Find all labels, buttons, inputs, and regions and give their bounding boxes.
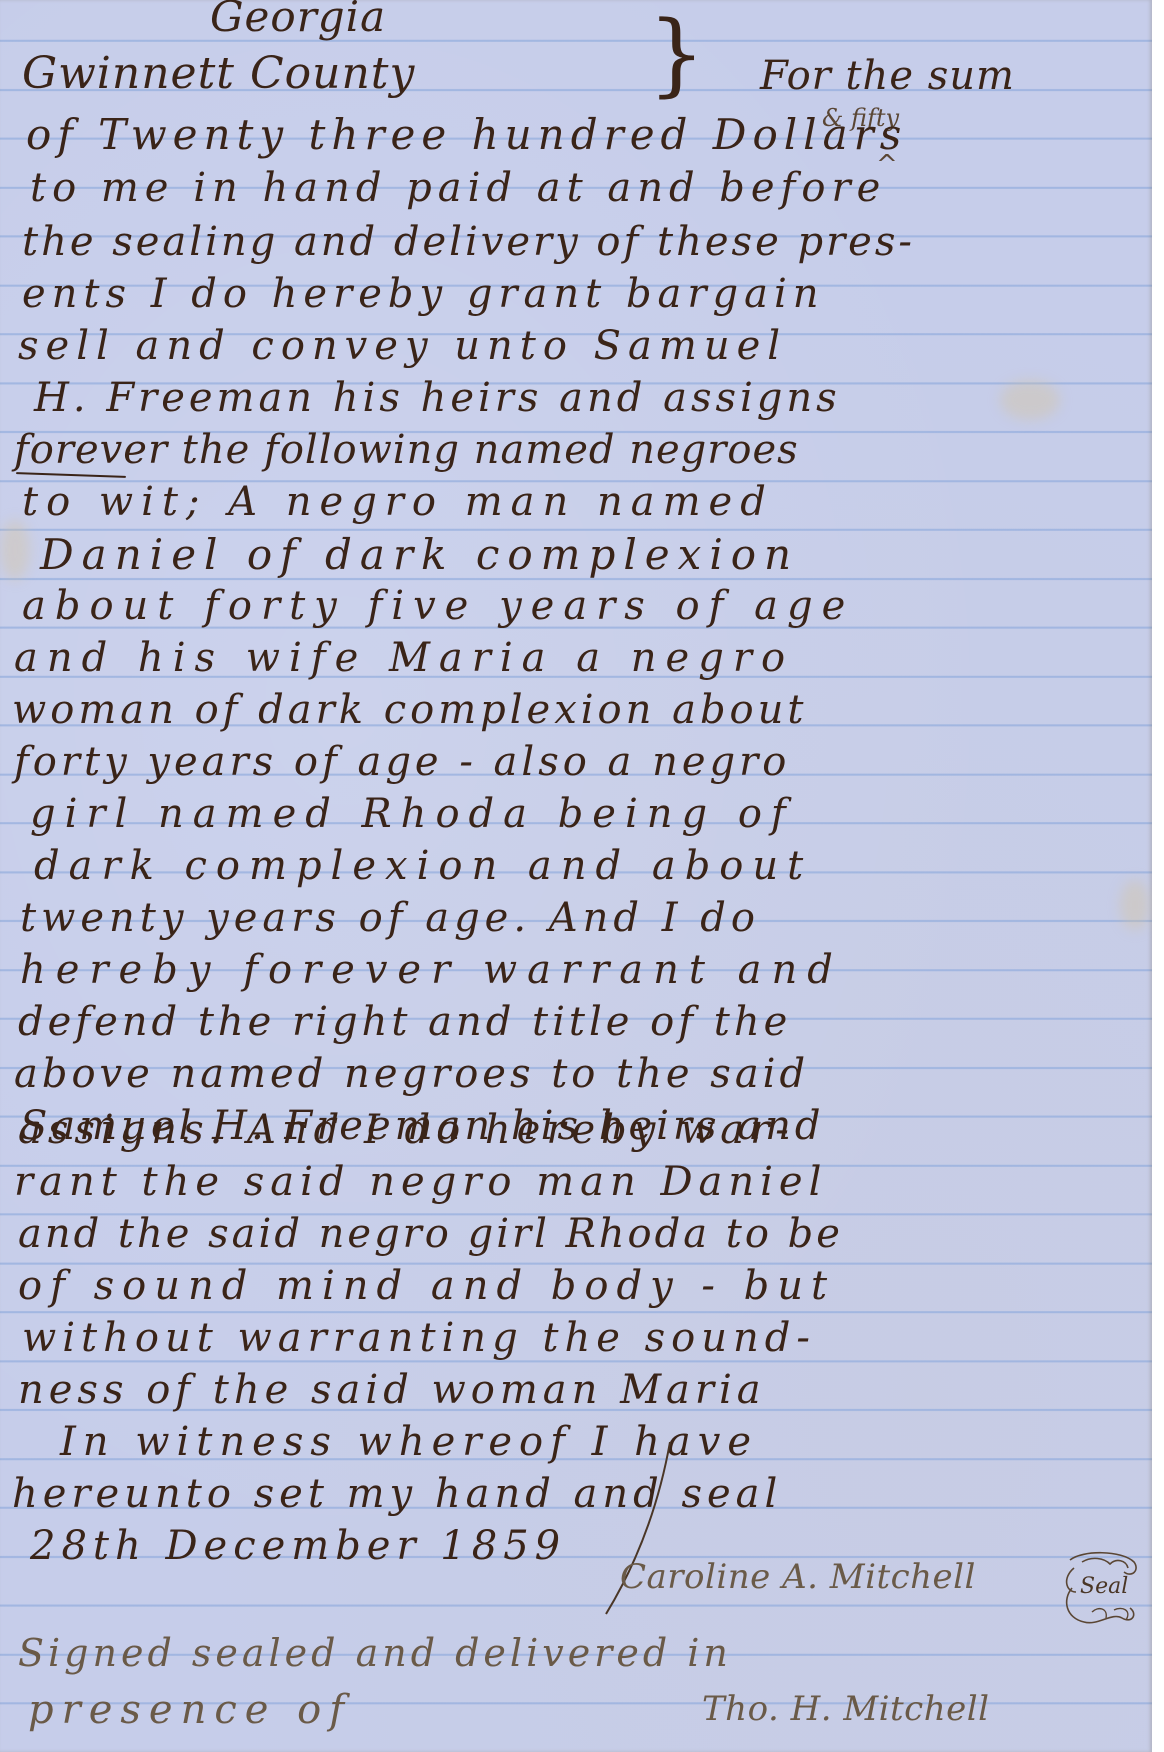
- body-line-9: to wit; A negro man named: [22, 482, 774, 522]
- body-line-24: and the said negro girl Rhoda to be: [18, 1214, 843, 1254]
- body-line-5: ents I do hereby grant bargain: [22, 274, 825, 314]
- document-page: Georgia Gwinnett County } For the sum & …: [0, 0, 1152, 1752]
- body-line-11: about forty five years of age: [22, 586, 854, 626]
- county-brace: }: [648, 10, 705, 100]
- body-line-14: forty years of age - also a negro: [14, 742, 790, 782]
- page-edge: [1152, 0, 1164, 1752]
- body-line-17: twenty years of age. And I do: [20, 898, 760, 938]
- paper-stain: [1000, 380, 1060, 420]
- seal-label: Seal: [1080, 1574, 1128, 1599]
- body-line-1: For the sum: [760, 56, 1015, 96]
- body-line-7: H. Freeman his heirs and assigns: [34, 378, 841, 418]
- body-line-23: rant the said negro man Daniel: [14, 1162, 827, 1202]
- body-line-3: to me in hand paid at and before: [30, 168, 886, 208]
- date-line: 28th December 1859: [30, 1526, 566, 1566]
- body-line-12: and his wife Maria a negro: [14, 638, 794, 678]
- body-line-10: Daniel of dark complexion: [40, 534, 799, 576]
- header-state: Georgia: [210, 0, 386, 38]
- paper-stain: [1120, 880, 1150, 930]
- body-line-20: above named negroes to the said: [14, 1054, 809, 1094]
- body-line-6: sell and convey unto Samuel: [18, 326, 787, 366]
- body-line-16: dark complexion and about: [34, 846, 812, 886]
- header-county: Gwinnett County: [22, 52, 415, 96]
- body-line-13: woman of dark complexion about: [12, 690, 807, 730]
- attestation-line-1: Signed sealed and delivered in: [18, 1634, 732, 1672]
- body-line-26: without warranting the sound-: [22, 1318, 816, 1358]
- body-line-15: girl named Rhoda being of: [30, 794, 795, 834]
- body-line-27: ness of the said woman Maria: [18, 1370, 766, 1410]
- body-line-2: of Twenty three hundred Dollars: [26, 114, 907, 156]
- paper-stain: [0, 520, 30, 580]
- body-line-25: of sound mind and body - but: [18, 1266, 835, 1306]
- body-line-18: hereby forever warrant and: [20, 950, 843, 990]
- body-line-8: forever the following named negroes: [14, 430, 799, 470]
- body-line-22: assigns. And I do hereby war-: [18, 1110, 795, 1150]
- attestation-line-2: presence of: [28, 1690, 352, 1730]
- body-line-4: the sealing and delivery of these pres-: [22, 222, 915, 262]
- witness-signature: Tho. H. Mitchell: [702, 1692, 990, 1726]
- signature-name: Caroline A. Mitchell: [620, 1560, 976, 1594]
- body-line-19: defend the right and title of the: [18, 1002, 791, 1042]
